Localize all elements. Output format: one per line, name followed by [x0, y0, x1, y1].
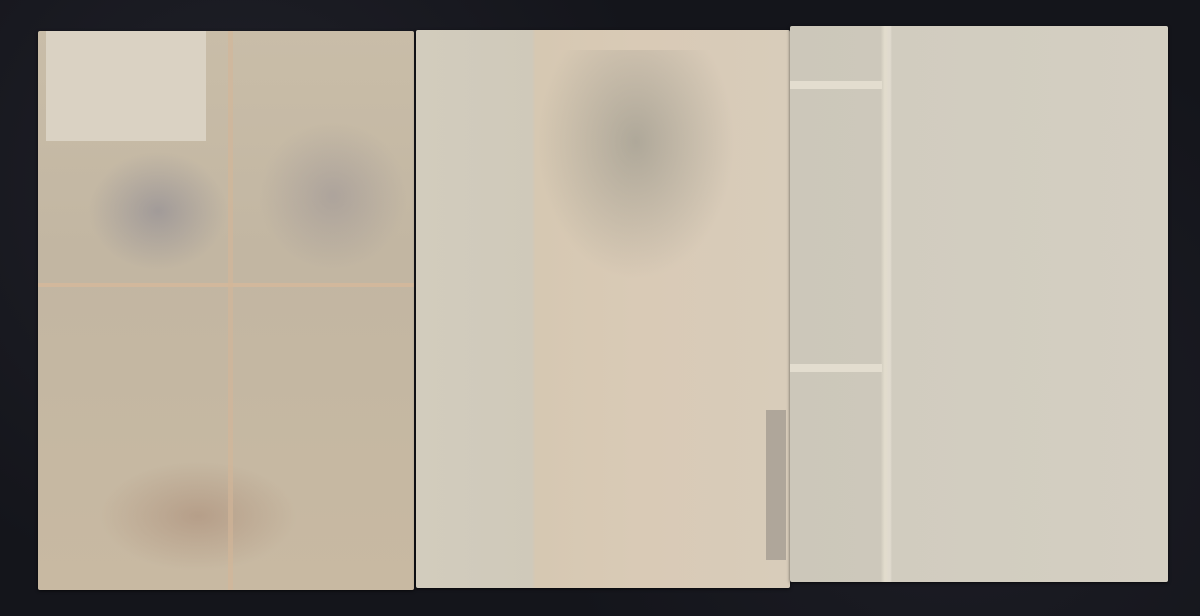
vertical-fold-line: [228, 31, 233, 590]
print-sheet-middle: [416, 30, 790, 588]
paper-strip: [790, 364, 882, 372]
horizontal-fold-line: [38, 283, 414, 287]
bleed-through-stain: [536, 50, 736, 280]
print-sheet-right: [790, 26, 1168, 582]
print-sheet-left: [38, 31, 414, 590]
bleed-through-stain: [258, 121, 408, 271]
bleed-through-stain: [98, 461, 298, 571]
light-patch: [46, 31, 206, 141]
paper-strip: [790, 81, 882, 89]
bleed-through-stain: [88, 151, 228, 271]
edge-shadow: [766, 410, 786, 560]
